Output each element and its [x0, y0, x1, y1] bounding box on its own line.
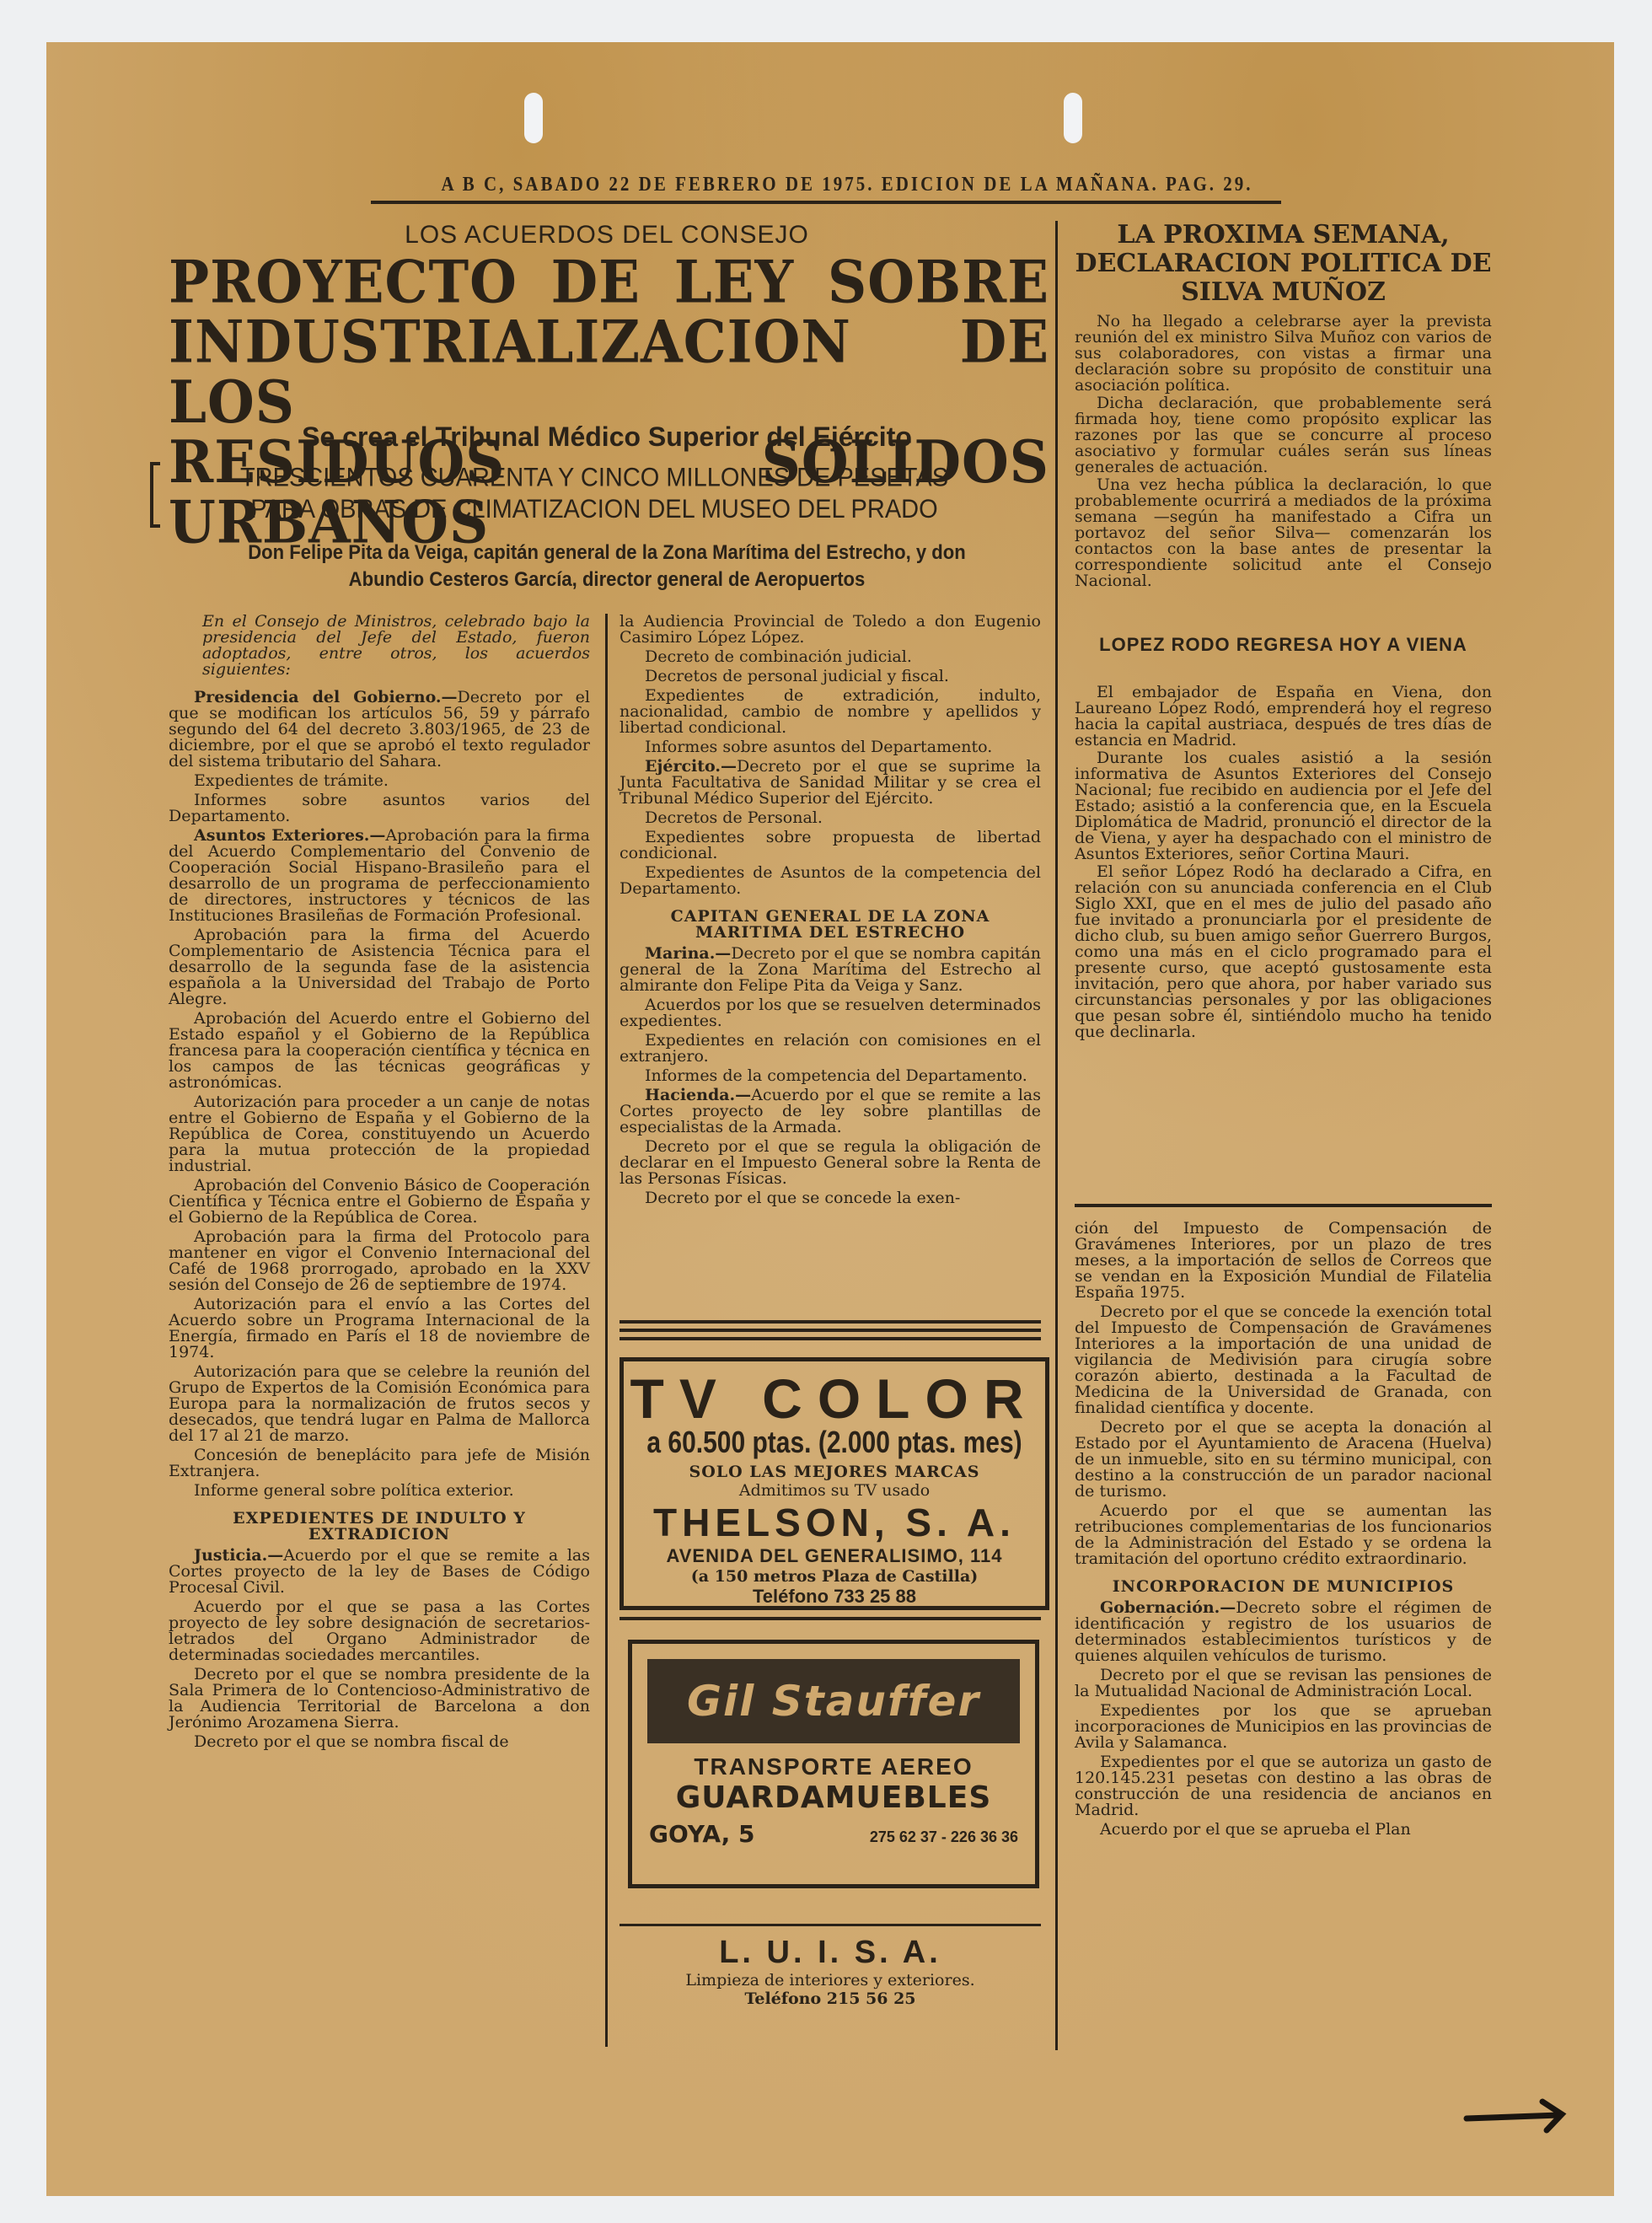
article-paragraph: Autorización para que se celebre la reun…: [169, 1364, 590, 1444]
article-paragraph: Una vez hecha pública la declaración, lo…: [1075, 477, 1492, 589]
article-paragraph: Decretos de Personal.: [619, 810, 1041, 826]
article-paragraph: Decreto por el que se regula la obligaci…: [619, 1139, 1041, 1187]
article-paragraph: la Audiencia Provincial de Toledo a don …: [619, 614, 1041, 646]
article-column-2: la Audiencia Provincial de Toledo a don …: [619, 614, 1041, 1210]
article-paragraph: Decreto por el que se acepta la donación…: [1075, 1420, 1492, 1500]
ad-title: L. U. I. S. A.: [619, 1935, 1041, 1971]
subheadline-line: TRESCIENTOS CUARENTA Y CINCO MILLONES DE…: [173, 462, 1016, 493]
punch-hole: [524, 93, 543, 143]
punch-hole: [1064, 93, 1082, 143]
article-paragraph: Decreto de combinación judicial.: [619, 649, 1041, 665]
ad-luisa: L. U. I. S. A. Limpieza de interiores y …: [619, 1935, 1041, 2008]
article-paragraph: Decreto por el que se concede la exenció…: [1075, 1304, 1492, 1416]
ad-address: AVENIDA DEL GENERALISIMO, 114: [624, 1545, 1045, 1567]
ministry-lead: Justicia.—: [194, 1546, 283, 1565]
ad-line: Admitimos su TV usado: [624, 1481, 1045, 1500]
article-paragraph: Presidencia del Gobierno.—Decreto por el…: [169, 690, 590, 770]
article-paragraph: Acuerdo por el que se pasa a las Cortes …: [169, 1599, 590, 1663]
article-paragraph: Expedientes por los que se aprueban inco…: [1075, 1703, 1492, 1751]
ad-address: GOYA, 5: [649, 1820, 754, 1848]
article-paragraph: Hacienda.—Acuerdo por el que se remite a…: [619, 1087, 1041, 1136]
side-headline-1: LA PROXIMA SEMANA, DECLARACION POLITICA …: [1070, 221, 1496, 307]
article-paragraph: Marina.—Decreto por el que se nombra cap…: [619, 946, 1041, 994]
article-paragraph: Informes sobre asuntos del Departamento.: [619, 739, 1041, 755]
ad-line: TRANSPORTE AEREO: [632, 1753, 1035, 1780]
section-heading: CAPITAN GENERAL DE LA ZONA MARITIMA DEL …: [619, 909, 1041, 941]
article-paragraph: Justicia.—Acuerdo por el que se remite a…: [169, 1548, 590, 1596]
ad-phone: Teléfono 215 56 25: [619, 1989, 1041, 2008]
article-paragraph: Aprobación para la firma del Acuerdo Com…: [169, 927, 590, 1007]
article-paragraph: Decretos de personal judicial y fiscal.: [619, 669, 1041, 685]
ministry-lead: Presidencia del Gobierno.—: [194, 688, 458, 706]
column-rule-horizontal: [619, 1337, 1041, 1340]
ad-location: (a 150 metros Plaza de Castilla): [624, 1567, 1045, 1586]
article-paragraph: Gobernación.—Decreto sobre el régimen de…: [1075, 1600, 1492, 1664]
gil-stauffer-logo: Gil Stauffer: [647, 1659, 1020, 1743]
ad-line: SOLO LAS MEJORES MARCAS: [624, 1463, 1045, 1481]
running-head: A B C, SABADO 22 DE FEBRERO DE 1975. EDI…: [362, 172, 1332, 196]
ministry-lead: Asuntos Exteriores.—: [194, 826, 385, 845]
ministry-lead: Gobernación.—: [1100, 1598, 1236, 1617]
subheadline-3: Don Felipe Pita da Veiga, capitán genera…: [204, 540, 1011, 593]
article-paragraph: Ejército.—Decreto por el que se suprime …: [619, 759, 1041, 807]
article-paragraph: El señor López Rodó ha declarado a Cifra…: [1075, 864, 1492, 1040]
ad-phone: Teléfono 733 25 88: [624, 1586, 1045, 1608]
subheadline-line: Don Felipe Pita da Veiga, capitán genera…: [204, 540, 1011, 566]
article-paragraph: No ha llegado a celebrarse ayer la previ…: [1075, 314, 1492, 394]
article-paragraph: Dicha declaración, que probablemente ser…: [1075, 395, 1492, 475]
article-paragraph: Expedientes en relación con comisiones e…: [619, 1033, 1041, 1065]
article-column-3: ción del Impuesto de Compensación de Gra…: [1075, 1221, 1492, 1841]
article-paragraph: Expedientes de trámite.: [169, 773, 590, 789]
article-paragraph: Aprobación del Convenio Básico de Cooper…: [169, 1178, 590, 1226]
column-rule: [1055, 221, 1058, 2050]
article-paragraph: Expedientes por el que se autoriza un ga…: [1075, 1754, 1492, 1818]
ad-price: a 60.500 ptas. (2.000 ptas. mes): [624, 1426, 1045, 1461]
article-intro: En el Consejo de Ministros, celebrado ba…: [169, 614, 590, 678]
article-paragraph: Decreto por el que se revisan las pensio…: [1075, 1667, 1492, 1699]
article-paragraph: Acuerdo por el que se aumentan las retri…: [1075, 1503, 1492, 1567]
article-paragraph: Autorización para el envío a las Cortes …: [169, 1297, 590, 1361]
article-paragraph: Informe general sobre política exterior.: [169, 1483, 590, 1499]
article-paragraph: Expedientes de Asuntos de la competencia…: [619, 865, 1041, 897]
side-article-1-body: No ha llegado a celebrarse ayer la previ…: [1075, 314, 1492, 591]
article-paragraph: Acuerdos por los que se resuelven determ…: [619, 997, 1041, 1029]
ad-brand: THELSON, S. A.: [624, 1500, 1045, 1545]
article-paragraph: Expedientes sobre propuesta de libertad …: [619, 830, 1041, 862]
subheadline-2: TRESCIENTOS CUARENTA Y CINCO MILLONES DE…: [173, 462, 1016, 525]
subheadline-line: PARA OBRAS DE CLIMATIZACION DEL MUSEO DE…: [173, 493, 1016, 524]
column-rule: [605, 614, 608, 2047]
article-paragraph: Autorización para proceder a un canje de…: [169, 1094, 590, 1174]
article-paragraph: Aprobación del Acuerdo entre el Gobierno…: [169, 1011, 590, 1091]
article-paragraph: ción del Impuesto de Compensación de Gra…: [1075, 1221, 1492, 1301]
headline-line: PROYECTO DE LEY SOBRE: [169, 253, 1049, 313]
article-paragraph: Concesión de beneplácito para jefe de Mi…: [169, 1447, 590, 1479]
ministry-lead: Ejército.—: [645, 757, 737, 776]
ad-line: GUARDAMUEBLES: [632, 1780, 1035, 1815]
article-paragraph: Decreto por el que se nombra presidente …: [169, 1667, 590, 1731]
ad-divider: [619, 1924, 1041, 1926]
article-paragraph: Expedientes de extradición, indulto, nac…: [619, 688, 1041, 736]
article-paragraph: El embajador de España en Viena, don Lau…: [1075, 685, 1492, 749]
bracket-mark: [150, 462, 160, 528]
article-paragraph: Durante los cuales asistió a la sesión i…: [1075, 750, 1492, 862]
subheadline-line: Abundio Cesteros García, director genera…: [204, 566, 1011, 593]
ad-tv-color: TV COLOR a 60.500 ptas. (2.000 ptas. mes…: [619, 1357, 1049, 1610]
ministry-lead: Hacienda.—: [645, 1086, 751, 1104]
article-column-1: En el Consejo de Ministros, celebrado ba…: [169, 614, 590, 1753]
side-headline-2: LOPEZ RODO REGRESA HOY A VIENA: [1070, 634, 1496, 656]
column-rule-horizontal: [1075, 1204, 1492, 1207]
section-heading: EXPEDIENTES DE INDULTO Y EXTRADICION: [169, 1511, 590, 1543]
headline-line: INDUSTRIALIZACION DE LOS: [169, 313, 1049, 433]
ministry-lead: Marina.—: [645, 944, 731, 963]
header-rule: [371, 201, 1281, 204]
article-paragraph: Informes sobre asuntos varios del Depart…: [169, 792, 590, 824]
ad-gil-stauffer: Gil Stauffer TRANSPORTE AEREO GUARDAMUEB…: [628, 1640, 1039, 1888]
section-heading: INCORPORACION DE MUNICIPIOS: [1075, 1579, 1492, 1595]
ad-line: Limpieza de interiores y exteriores.: [619, 1971, 1041, 1989]
column-rule-horizontal: [619, 1329, 1041, 1332]
article-paragraph: Decreto por el que se concede la exen-: [619, 1190, 1041, 1206]
ad-phone: 275 62 37 - 226 36 36: [870, 1828, 1018, 1846]
article-paragraph: Informes de la competencia del Departame…: [619, 1068, 1041, 1084]
article-paragraph: Asuntos Exteriores.—Aprobación para la f…: [169, 828, 590, 924]
ad-divider: [619, 1617, 1041, 1620]
side-article-2-body: El embajador de España en Viena, don Lau…: [1075, 685, 1492, 1042]
article-paragraph: Acuerdo por el que se aprueba el Plan: [1075, 1822, 1492, 1838]
ad-title: TV COLOR: [624, 1368, 1045, 1429]
article-paragraph: Aprobación para la firma del Protocolo p…: [169, 1229, 590, 1293]
kicker: LOS ACUERDOS DEL CONSEJO: [169, 221, 1045, 250]
arrow-right-icon: [1462, 2095, 1572, 2137]
subheadline-1: Se crea el Tribunal Médico Superior del …: [169, 422, 1045, 453]
article-paragraph: Decreto por el que se nombra fiscal de: [169, 1734, 590, 1750]
column-rule-horizontal: [619, 1320, 1041, 1324]
